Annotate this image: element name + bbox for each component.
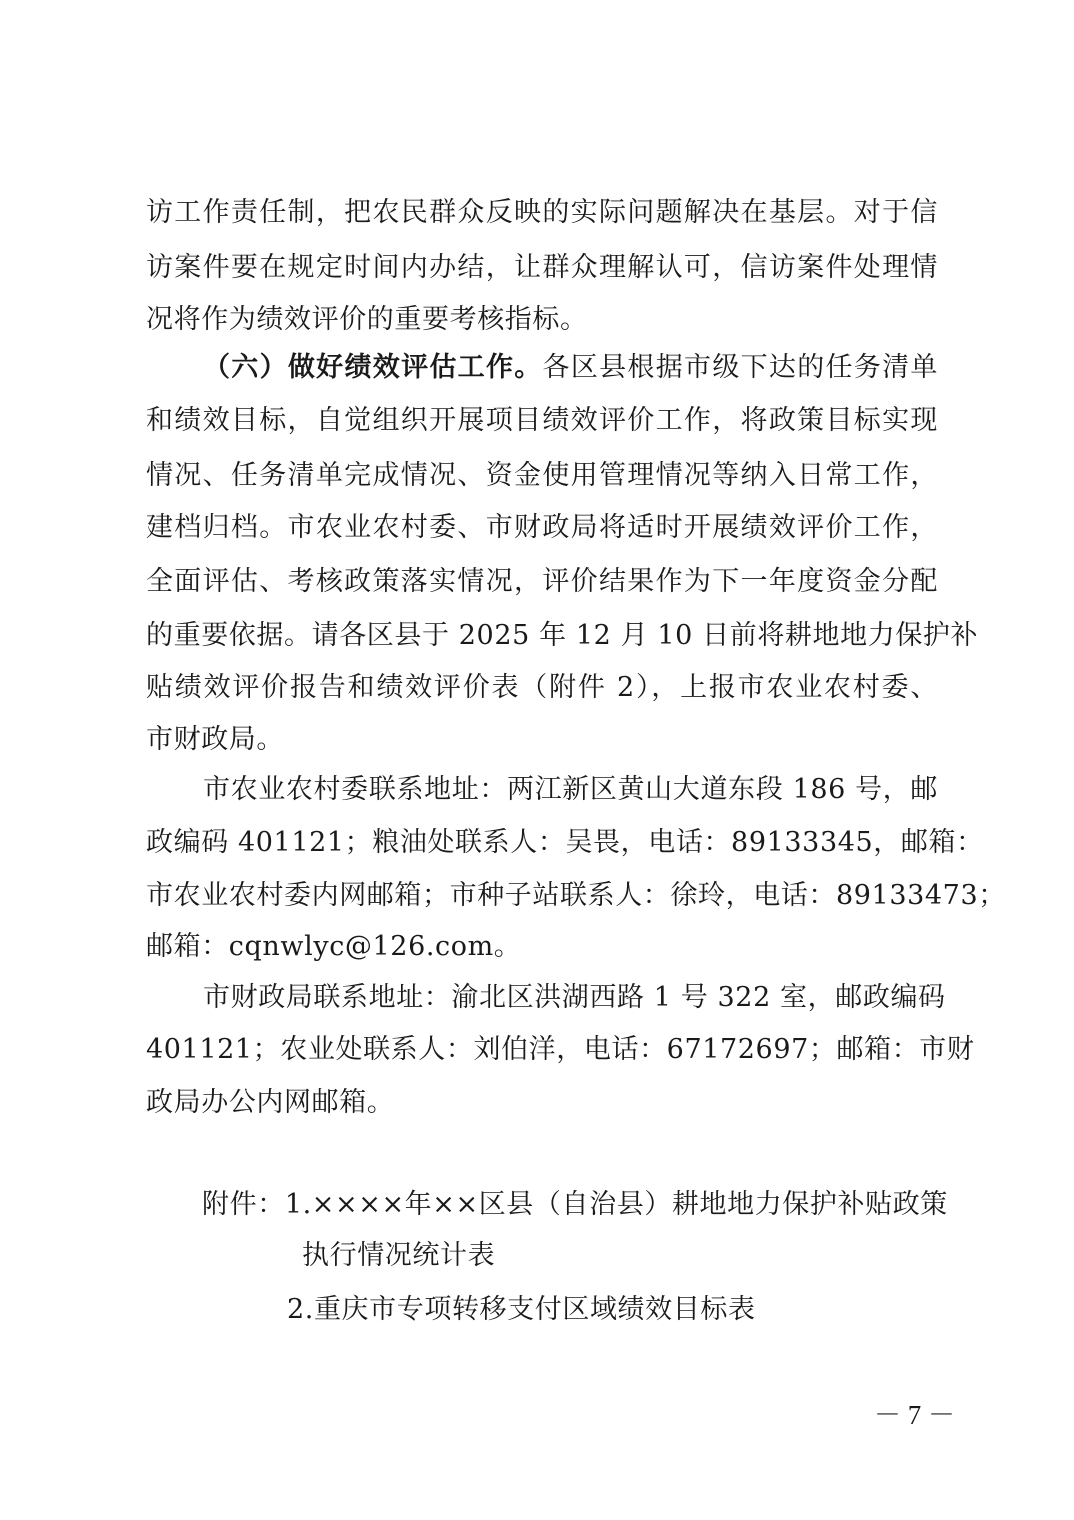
contact-line: 市农业农村委联系地址：两江新区黄山大道东段 186 号，邮 — [203, 773, 938, 807]
page-number: － 7 － — [874, 1400, 955, 1430]
section-six-first-text: 各区县根据市级下达的任务清单 — [543, 352, 938, 383]
paragraph-line: 贴绩效评价报告和绩效评价表（附件 2），上报市农业农村委、 — [146, 671, 938, 705]
paragraph-line: 况将作为绩效评价的重要考核指标。 — [146, 303, 938, 337]
paragraph-line: 市财政局。 — [146, 723, 938, 757]
paragraph-line: 全面评估、考核政策落实情况，评价结果作为下一年度资金分配 — [146, 565, 938, 599]
attachment-item-1: 附件：1.××××年××区县（自治县）耕地地力保护补贴政策 — [202, 1188, 948, 1222]
contact-line: 政编码 401121；粮油处联系人：吴畏，电话：89133345，邮箱： — [146, 826, 938, 860]
section-six-first-line: （六）做好绩效评估工作。各区县根据市级下达的任务清单 — [203, 351, 938, 385]
paragraph-line: 的重要依据。请各区县于 2025 年 12 月 10 日前将耕地地力保护补 — [146, 619, 938, 653]
section-six-heading: （六）做好绩效评估工作。 — [203, 352, 543, 383]
attachments-label: 附件： — [202, 1189, 285, 1220]
paragraph-line: 访案件要在规定时间内办结，让群众理解认可，信访案件处理情 — [146, 251, 938, 285]
contact-line: 政局办公内网邮箱。 — [146, 1086, 938, 1120]
paragraph-line: 访工作责任制，把农民群众反映的实际问题解决在基层。对于信 — [146, 196, 938, 230]
attachment-item-1-cont: 执行情况统计表 — [302, 1239, 495, 1273]
contact-line: 市农业农村委内网邮箱；市种子站联系人：徐玲，电话：89133473； — [146, 879, 938, 913]
paragraph-line: 和绩效目标，自觉组织开展项目绩效评价工作，将政策目标实现 — [146, 404, 938, 438]
paragraph-line: 情况、任务清单完成情况、资金使用管理情况等纳入日常工作， — [146, 459, 938, 493]
contact-line: 市财政局联系地址：渝北区洪湖西路 1 号 322 室，邮政编码 — [203, 981, 938, 1015]
attachment-item-2: 2.重庆市专项转移支付区域绩效目标表 — [287, 1293, 756, 1327]
contact-line: 401121；农业处联系人：刘伯洋，电话：67172697；邮箱：市财 — [146, 1033, 938, 1067]
paragraph-line: 建档归档。市农业农村委、市财政局将适时开展绩效评价工作， — [146, 511, 938, 545]
attachment-title: 1.××××年××区县（自治县）耕地地力保护补贴政策 — [285, 1189, 948, 1220]
contact-email-line: 邮箱：cqnwlyc@126.com。 — [146, 930, 938, 964]
document-page: 访工作责任制，把农民群众反映的实际问题解决在基层。对于信 访案件要在规定时间内办… — [0, 0, 1074, 1520]
